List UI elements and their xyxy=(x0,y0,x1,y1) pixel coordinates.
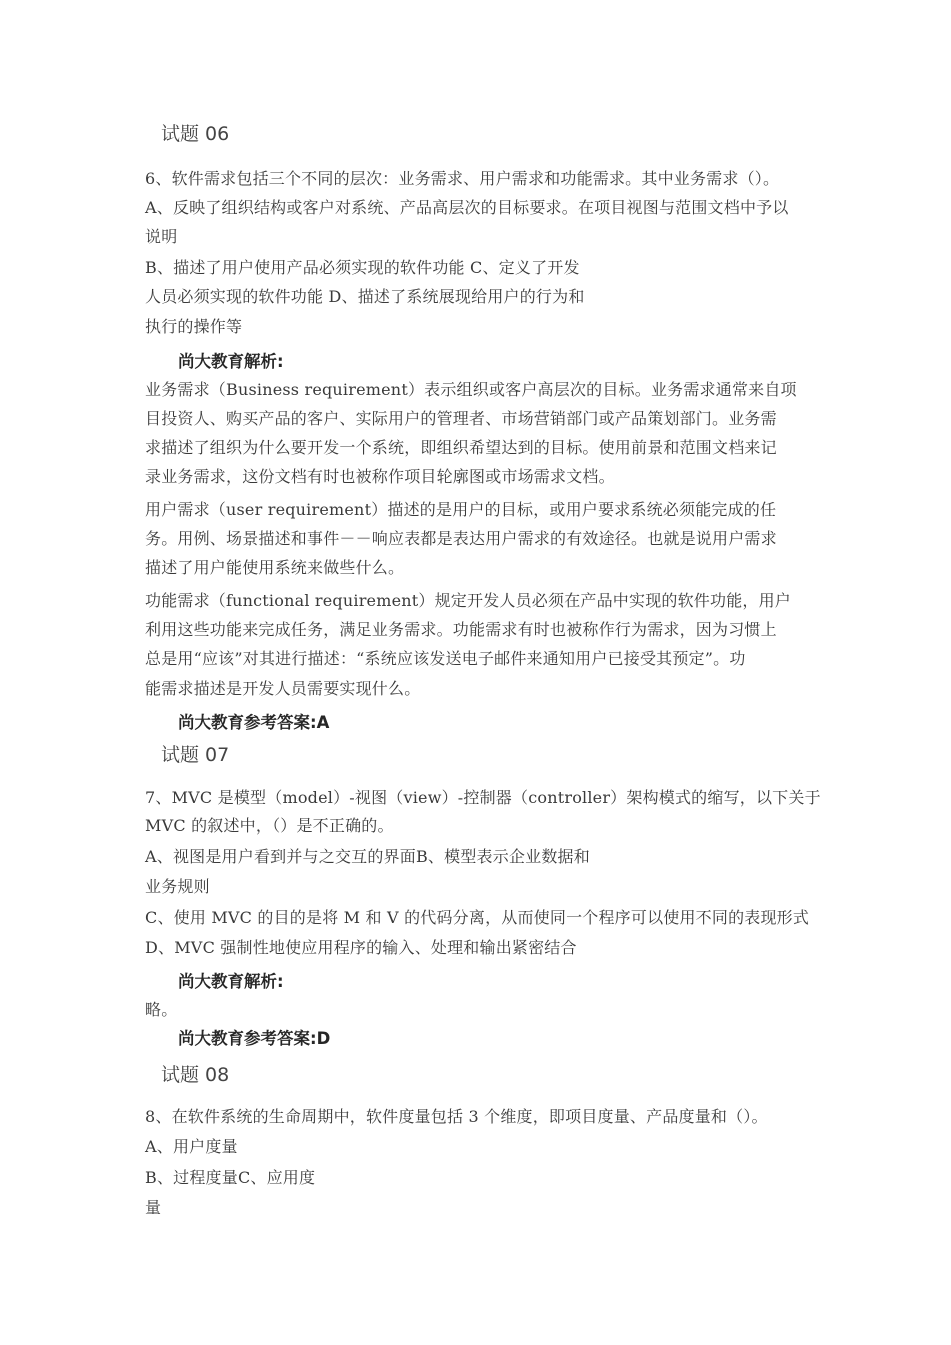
question-06-analysis-line: 描述了用户能使用系统来做些什么。 xyxy=(145,558,404,578)
question-08-option-line: 量 xyxy=(145,1198,161,1218)
question-06-stem: 6、软件需求包括三个不同的层次：业务需求、用户需求和功能需求。其中业务需求（）。 xyxy=(145,169,779,189)
question-07-answer: 尚大教育参考答案:D xyxy=(178,1029,330,1049)
question-06-analysis-line: 利用这些功能来完成任务，满足业务需求。功能需求有时也被称作行为需求，因为习惯上 xyxy=(145,620,777,640)
question-07-stem: MVC 的叙述中，（）是不正确的。 xyxy=(145,816,394,836)
question-06-analysis-line: 用户需求（user requirement）描述的是用户的目标，或用户要求系统必… xyxy=(145,500,776,520)
question-06-analysis-line: 业务需求（Business requirement）表示组织或客户高层次的目标。… xyxy=(145,380,797,400)
question-06-heading: 试题 06 xyxy=(161,122,229,146)
question-07-option-line: A、视图是用户看到并与之交互的界面B、模型表示企业数据和 xyxy=(145,847,590,867)
question-06-answer: 尚大教育参考答案:A xyxy=(178,713,329,733)
question-06-analysis-line: 录业务需求，这份文档有时也被称作项目轮廓图或市场需求文档。 xyxy=(145,467,615,487)
question-06-analysis-line: 务。用例、场景描述和事件－－响应表都是表达用户需求的有效途径。也就是说用户需求 xyxy=(145,529,777,549)
question-08-option-line: B、过程度量C、应用度 xyxy=(145,1168,315,1188)
question-07-option-line: 业务规则 xyxy=(145,877,210,897)
question-08-option-line: A、用户度量 xyxy=(145,1137,238,1157)
document-page: 试题 06 6、软件需求包括三个不同的层次：业务需求、用户需求和功能需求。其中业… xyxy=(0,0,951,1345)
question-06-analysis-line: 功能需求（functional requirement）规定开发人员必须在产品中… xyxy=(145,591,791,611)
question-08-stem: 8、在软件系统的生命周期中，软件度量包括 3 个维度，即项目度量、产品度量和（）… xyxy=(145,1107,768,1127)
question-06-option-line: 说明 xyxy=(145,227,177,247)
question-06-analysis-line: 目投资人、购买产品的客户、实际用户的管理者、市场营销部门或产品策划部门。业务需 xyxy=(145,409,777,429)
question-06-option-line: 人员必须实现的软件功能 D、描述了系统展现给用户的行为和 xyxy=(145,287,585,307)
question-06-analysis-label: 尚大教育解析: xyxy=(178,352,284,372)
question-07-heading: 试题 07 xyxy=(161,743,229,767)
question-06-option-line: 执行的操作等 xyxy=(145,317,242,337)
question-06-option-line: B、描述了用户使用产品必须实现的软件功能 C、定义了开发 xyxy=(145,258,580,278)
question-08-heading: 试题 08 xyxy=(161,1063,229,1087)
question-06-analysis-line: 能需求描述是开发人员需要实现什么。 xyxy=(145,679,420,699)
question-07-option-line: C、使用 MVC 的目的是将 M 和 V 的代码分离，从而使同一个程序可以使用不… xyxy=(145,908,809,928)
question-07-analysis-line: 略。 xyxy=(145,1000,177,1020)
question-06-analysis-line: 求描述了组织为什么要开发一个系统，即组织希望达到的目标。使用前景和范围文档来记 xyxy=(145,438,777,458)
question-07-analysis-label: 尚大教育解析: xyxy=(178,972,284,992)
question-06-analysis-line: 总是用“应该”对其进行描述：“系统应该发送电子邮件来通知用户已接受其预定”。功 xyxy=(145,649,746,669)
question-06-option-line: A、反映了组织结构或客户对系统、产品高层次的目标要求。在项目视图与范围文档中予以 xyxy=(145,198,789,218)
question-07-stem: 7、MVC 是模型（model）-视图（view）-控制器（controller… xyxy=(145,788,821,808)
question-07-option-line: D、MVC 强制性地使应用程序的输入、处理和输出紧密结合 xyxy=(145,938,577,958)
